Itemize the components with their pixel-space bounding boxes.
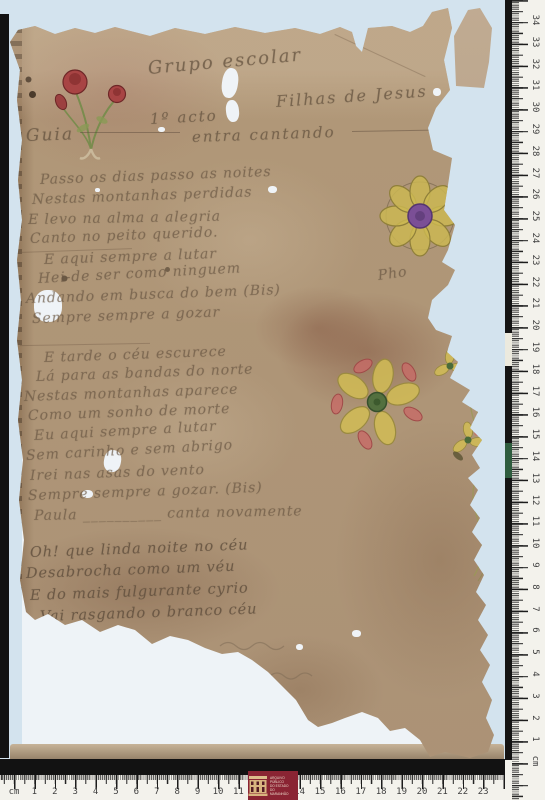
handwriting-act: 1º acto [150,106,219,128]
vertical-ruler-label: 16 [530,405,540,419]
handwriting-line: Sempre sempre a gozar. (Bis) [28,480,263,504]
vertical-ruler-label: 10 [530,536,540,550]
horizontal-ruler-label: 21 [432,787,452,797]
horizontal-ruler-label: 18 [371,787,391,797]
vertical-ruler-label: 7 [530,602,540,616]
handwriting-subtitle: Filhas de Jesus [275,81,428,111]
horizontal-ruler-label: 19 [392,787,412,797]
handwriting-stage-direction: entra cantando [192,123,336,146]
vertical-ruler-label: 12 [530,493,540,507]
vertical-ruler-label: 11 [530,514,540,528]
horizontal-ruler-label: 4 [86,787,106,797]
vertical-ruler-label: 8 [530,580,540,594]
horizontal-ruler-label: 15 [310,787,330,797]
vertical-ruler-label: 15 [530,427,540,441]
vertical-ruler-label: 6 [530,623,540,637]
vertical-ruler-label: 5 [530,645,540,659]
horizontal-ruler-label: 10 [208,787,228,797]
horizontal-ruler-label: cm [4,787,24,797]
paper-hole [268,186,277,193]
vertical-ruler-label: 1 [530,732,540,746]
handwriting-line: Desabrocha como um véu [26,559,236,582]
horizontal-ruler-label: 16 [330,787,350,797]
horizontal-ruler-label: 11 [228,787,248,797]
handwriting-annotation-pho: Pho [377,264,409,284]
handwriting-line: Paula __________ canta novamente [34,503,303,524]
scan-root: Grupo escolar Filhas de Jesus 1º acto Gu… [0,0,545,800]
handwriting-line: Andando em busca do bem (Bis) [26,282,281,307]
vertical-ruler-label: 18 [530,362,540,376]
scanner-bed-strip-left [0,14,9,758]
vine-border-drawing [428,176,508,591]
vertical-ruler-label: 28 [530,144,540,158]
handwriting-line: Vai rasgando o branco céu [40,601,258,625]
horizontal-ruler-label: 2 [45,787,65,797]
horizontal-ruler-label: 22 [453,787,473,797]
vertical-ruler-label: 25 [530,209,540,223]
horizontal-ruler-label: 9 [188,787,208,797]
yellow-red-flower-drawing [325,352,433,459]
ruler-ticks-cm [512,0,528,800]
horizontal-ruler-label: 8 [167,787,187,797]
horizontal-ruler-label: 17 [351,787,371,797]
handwriting-line: Nestas montanhas perdidas [32,184,253,208]
ink-specks [0,0,3,3]
paper-hole [433,88,441,96]
horizontal-ruler-label: 6 [126,787,146,797]
vertical-ruler-label: 21 [530,296,540,310]
horizontal-ruler-label: 5 [106,787,126,797]
archive-stamp: ARQUIVO PÚBLICO DO ESTADO DO MARANHÃO [248,771,298,800]
yellow-flower-purple-center-drawing [376,166,464,269]
vertical-ruler-label: 3 [530,689,540,703]
stamp-text-line: DO MARANHÃO [270,788,294,796]
red-rose-drawing [45,52,140,167]
vertical-ruler-label: 13 [530,471,540,485]
vertical-ruler-label: 23 [530,253,540,267]
vertical-ruler-label: 33 [530,35,540,49]
vertical-ruler-label: cm [530,754,540,768]
handwritten-blank-line [352,129,467,132]
handwriting-line: Oh! que linda noite no céu [30,537,249,561]
vertical-ruler-label: 31 [530,78,540,92]
vertical-ruler-label: 27 [530,166,540,180]
vertical-ruler-label: 29 [530,122,540,136]
handwritten-blank-line [80,132,180,133]
crease-line [20,343,150,346]
binding-edge [8,28,22,756]
ruler-vertical-strip [505,0,512,760]
handwriting-line: Canto no peito querido. [30,224,219,247]
vertical-ruler-label: 4 [530,667,540,681]
vertical-ruler-label: 34 [530,13,540,27]
vertical-ruler-label: 22 [530,275,540,289]
paper-hole [225,99,240,122]
archive-building-icon [248,774,268,797]
horizontal-ruler-label: 1 [24,787,44,797]
vertical-ruler-label: 30 [530,100,540,114]
horizontal-ruler-label: 20 [412,787,432,797]
vertical-ruler-label: 2 [530,711,540,725]
vertical-ruler-label: 32 [530,57,540,71]
crease-line [334,34,425,77]
handwriting-line: Irei nas asas do vento [30,462,205,484]
vertical-ruler-label: 17 [530,384,540,398]
handwriting-line: E do mais fulgurante cyrio [30,580,249,604]
handwriting-guia: Guia [26,124,75,146]
vertical-ruler-label: 19 [530,340,540,354]
ruler-vertical: 3433323130292827262524232221201918171615… [505,0,545,800]
vertical-ruler-label: 9 [530,558,540,572]
vertical-ruler-label: 14 [530,449,540,463]
vertical-ruler-label: 20 [530,318,540,332]
horizontal-ruler-label: 23 [473,787,493,797]
vertical-ruler-label: 26 [530,187,540,201]
horizontal-ruler-label: 7 [147,787,167,797]
horizontal-ruler-label: 3 [65,787,85,797]
vertical-ruler-label: 24 [530,231,540,245]
